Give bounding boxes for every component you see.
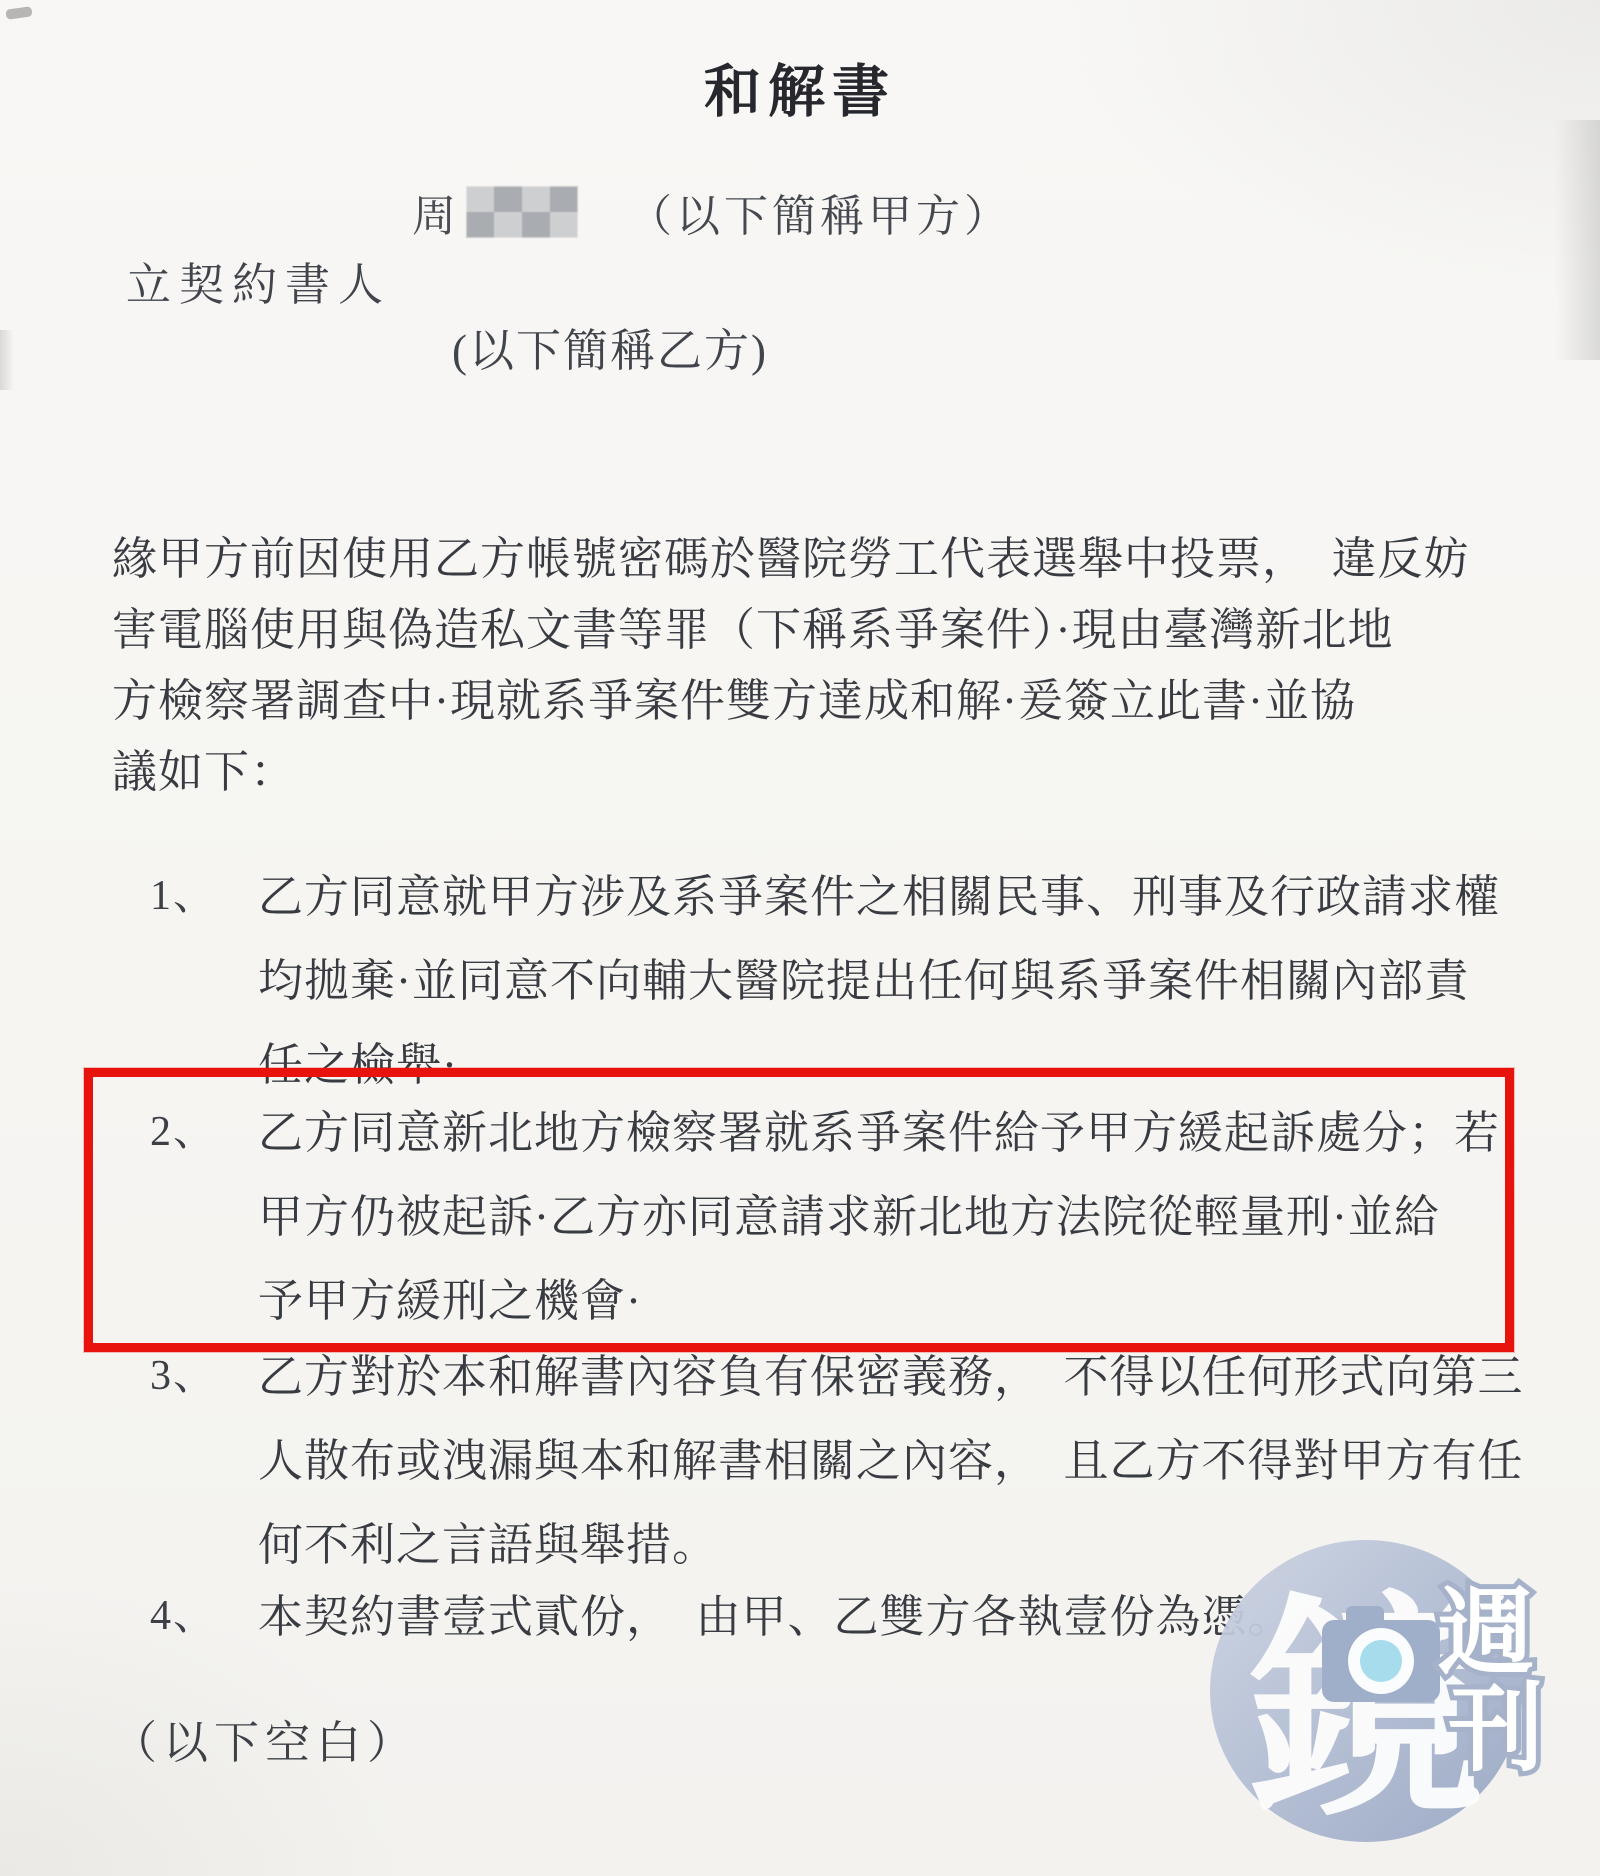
- clause-line: 乙方對於本和解書內容負有保密義務， 不得以任何形式向第三: [258, 1340, 1524, 1424]
- clause-line: 本契約書壹式貳份， 由甲、乙雙方各執壹份為憑。: [258, 1580, 1520, 1664]
- clause-number: 4、: [150, 1580, 258, 1642]
- clause-body: 乙方同意就甲方涉及系爭案件之相關民事、刑事及行政請求權均拋棄·並同意不向輔大醫院…: [258, 860, 1520, 1112]
- clause-number: 2、: [150, 1096, 258, 1158]
- clause-line: 予甲方緩刑之機會·: [258, 1264, 1520, 1348]
- clause: 1、乙方同意就甲方涉及系爭案件之相關民事、刑事及行政請求權均拋棄·並同意不向輔大…: [150, 860, 1520, 1112]
- clause-number: 3、: [150, 1340, 258, 1402]
- clause: 2、乙方同意新北地方檢察署就系爭案件給予甲方緩起訴處分；若甲方仍被起訴·乙方亦同…: [150, 1096, 1520, 1348]
- clause-line: 均拋棄·並同意不向輔大醫院提出任何與系爭案件相關內部責: [258, 944, 1520, 1028]
- clause-number: 1、: [150, 860, 258, 922]
- clauses: 1、乙方同意就甲方涉及系爭案件之相關民事、刑事及行政請求權均拋棄·並同意不向輔大…: [0, 0, 1600, 1876]
- clause-line: 乙方同意就甲方涉及系爭案件之相關民事、刑事及行政請求權: [258, 860, 1520, 944]
- clause-body: 乙方同意新北地方檢察署就系爭案件給予甲方緩起訴處分；若甲方仍被起訴·乙方亦同意請…: [258, 1096, 1520, 1348]
- clause-line: 乙方同意新北地方檢察署就系爭案件給予甲方緩起訴處分；若: [258, 1096, 1520, 1180]
- blank-note: （以下空白）: [112, 1706, 418, 1771]
- clause-body: 乙方對於本和解書內容負有保密義務， 不得以任何形式向第三人散布或洩漏與本和解書相…: [258, 1340, 1524, 1592]
- clause-line: 人散布或洩漏與本和解書相關之內容， 且乙方不得對甲方有任: [258, 1424, 1524, 1508]
- settlement-document-page: 和解書 周 （以下簡稱甲方） 立契約書人 (以下簡稱乙方) 緣甲方前因使用乙方帳…: [0, 0, 1600, 1876]
- clause-line: 甲方仍被起訴·乙方亦同意請求新北地方法院從輕量刑·並給: [258, 1180, 1520, 1264]
- clause: 3、乙方對於本和解書內容負有保密義務， 不得以任何形式向第三人散布或洩漏與本和解…: [150, 1340, 1520, 1592]
- clause-body: 本契約書壹式貳份， 由甲、乙雙方各執壹份為憑。: [258, 1580, 1520, 1664]
- clause: 4、本契約書壹式貳份， 由甲、乙雙方各執壹份為憑。: [150, 1580, 1520, 1664]
